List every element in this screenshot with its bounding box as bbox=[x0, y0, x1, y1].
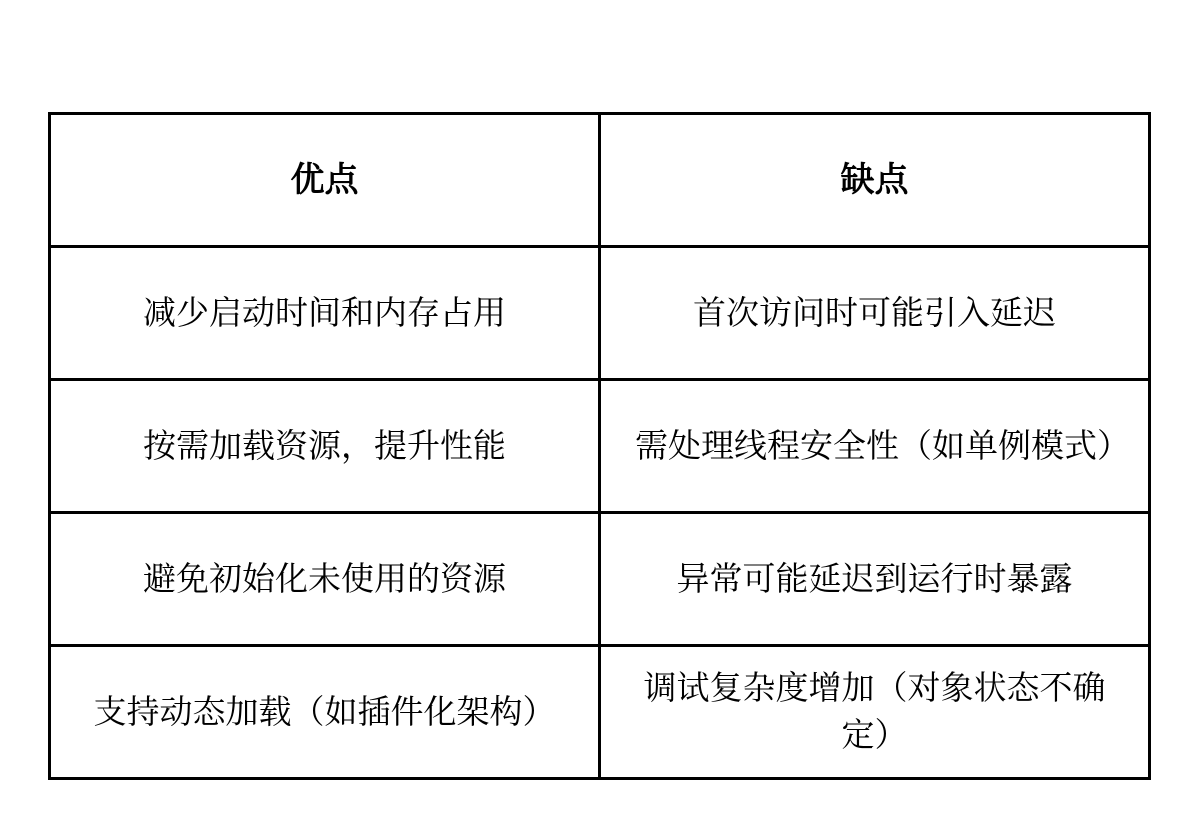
table-row: 避免初始化未使用的资源 异常可能延迟到运行时暴露 bbox=[50, 513, 1150, 646]
table-header-row: 优点 缺点 bbox=[50, 114, 1150, 247]
pro-cell: 按需加载资源，提升性能 bbox=[50, 380, 600, 513]
table-row: 支持动态加载（如插件化架构） 调试复杂度增加（对象状态不确定） bbox=[50, 646, 1150, 779]
con-cell: 调试复杂度增加（对象状态不确定） bbox=[600, 646, 1150, 779]
document-page: 优点 缺点 减少启动时间和内存占用 首次访问时可能引入延迟 按需加载资源，提升性… bbox=[0, 0, 1196, 830]
table-row: 按需加载资源，提升性能 需处理线程安全性（如单例模式） bbox=[50, 380, 1150, 513]
con-cell: 异常可能延迟到运行时暴露 bbox=[600, 513, 1150, 646]
pros-column-header: 优点 bbox=[50, 114, 600, 247]
pro-cell: 减少启动时间和内存占用 bbox=[50, 247, 600, 380]
pro-cell: 避免初始化未使用的资源 bbox=[50, 513, 600, 646]
table-row: 减少启动时间和内存占用 首次访问时可能引入延迟 bbox=[50, 247, 1150, 380]
cons-column-header: 缺点 bbox=[600, 114, 1150, 247]
con-cell: 需处理线程安全性（如单例模式） bbox=[600, 380, 1150, 513]
pros-cons-table: 优点 缺点 减少启动时间和内存占用 首次访问时可能引入延迟 按需加载资源，提升性… bbox=[48, 112, 1151, 780]
pro-cell: 支持动态加载（如插件化架构） bbox=[50, 646, 600, 779]
con-cell: 首次访问时可能引入延迟 bbox=[600, 247, 1150, 380]
